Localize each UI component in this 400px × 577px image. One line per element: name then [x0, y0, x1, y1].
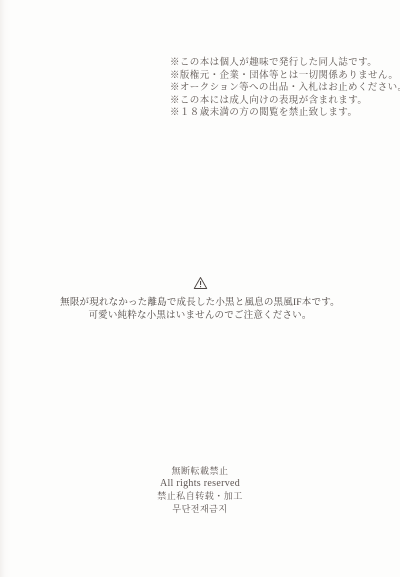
no-reproduction-notice-chinese: 禁止私自转载・加工: [0, 490, 400, 503]
disclaimer-line: ※この本には成人向けの表現が含まれます。: [170, 95, 400, 108]
disclaimer-line: ※オークション等への出品・入札はお止めください。: [170, 82, 400, 95]
top-disclaimer-block: ※この本は個人が趣味で発行した同人誌です。 ※版権元・企業・団体等とは一切関係あ…: [170, 57, 400, 120]
content-warning-block: 無限が現れなかった離島で成長した小黒と風息の黒風IF本です。 可愛い純粋な小黒は…: [0, 276, 400, 323]
disclaimer-line: ※この本は個人が趣味で発行した同人誌です。: [170, 57, 400, 70]
content-warning-line: 可愛い純粋な小黒はいませんのでご注意ください。: [0, 310, 400, 323]
warning-triangle-icon: [193, 276, 208, 290]
scanned-doujinshi-disclaimer-page: ※この本は個人が趣味で発行した同人誌です。 ※版権元・企業・団体等とは一切関係あ…: [0, 0, 400, 577]
no-reproduction-notice-korean: 무단전재금지: [0, 503, 400, 516]
footer-notice-block: 無断転載禁止 All rights reserved 禁止私自转载・加工 무단전…: [0, 465, 400, 515]
content-warning-line: 無限が現れなかった離島で成長した小黒と風息の黒風IF本です。: [0, 297, 400, 310]
all-rights-reserved-notice-english: All rights reserved: [0, 478, 400, 491]
disclaimer-line: ※１８歳未満の方の閲覧を禁止致します。: [170, 107, 400, 120]
disclaimer-line: ※版権元・企業・団体等とは一切関係ありません。: [170, 70, 400, 83]
no-reproduction-notice-japanese: 無断転載禁止: [0, 465, 400, 478]
